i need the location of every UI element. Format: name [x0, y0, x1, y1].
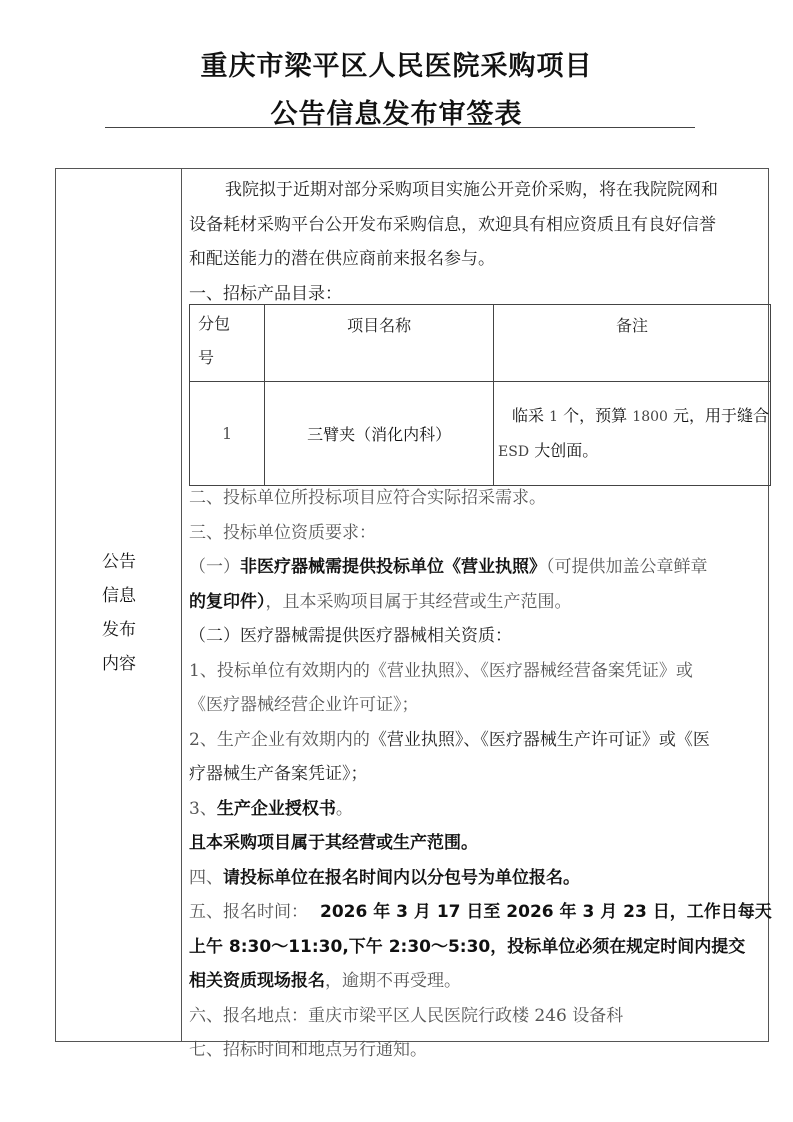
section3-item1: 1、投标单位有效期内的《营业执照》、《医疗器械经营备案凭证》或 [189, 654, 769, 689]
note-budget: 1800 [632, 409, 668, 425]
announcement-content-label: 公告 信息 发布 内容 [56, 545, 182, 681]
approval-form-table: 公告 信息 发布 内容 我院拟于近期对部分采购项目实施公开竞价采购，将在我院院网… [55, 168, 769, 1042]
section5-line3-rest: ，逾期不再受理。 [325, 971, 461, 991]
note-text: 大创面。 [534, 441, 598, 460]
section6-text: 六、报名地点：重庆市梁平区人民医院行政楼 246 设备科 [189, 999, 769, 1034]
section7-text: 七、招标时间和地点另行通知。 [189, 1033, 769, 1068]
label-line: 公告 [56, 545, 182, 579]
requirements-content: 二、投标单位所投标项目应符合实际招采需求。 三、投标单位资质要求： （一）非医疗… [189, 481, 769, 1068]
section3-item1-cont: 《医疗器械经营企业许可证》； [189, 688, 769, 723]
section4: 四、请投标单位在报名时间内以分包号为单位报名。 [189, 861, 769, 896]
section3-item2-cont: 疗器械生产备案凭证》； [189, 757, 769, 792]
note-text: ESD [498, 444, 529, 460]
section3-item3: 3、生产企业授权书。 [189, 792, 769, 827]
section2-text: 二、投标单位所投标项目应符合实际招采需求。 [189, 481, 769, 516]
section3-sub2: （二）医疗器械需提供医疗器械相关资质： [189, 619, 769, 654]
sub1-prefix: （一） [189, 557, 240, 577]
sub1-line2-bold: 的复印件） [189, 592, 266, 612]
section3-sub1-cont: 的复印件），且本采购项目属于其经营或生产范围。 [189, 585, 769, 620]
sub1-line2-rest: ，且本采购项目属于其经营或生产范围。 [266, 592, 572, 612]
cell-package-no: 1 [190, 382, 265, 486]
section5-line3: 相关资质现场报名，逾期不再受理。 [189, 964, 769, 999]
document-title-line2: 公告信息发布审签表 [0, 92, 793, 131]
title-divider [105, 127, 695, 128]
product-table-header: 分包 号 项目名称 备注 [190, 305, 771, 382]
item2-prefix: 2、生产企业有效期内的 [189, 730, 370, 750]
note-qty: 1 [549, 409, 558, 425]
product-table: 分包 号 项目名称 备注 1 三臂夹（消化内科） 临采 1 个，预算 1800 … [189, 304, 771, 486]
item3-bold: 生产企业授权书 [217, 799, 336, 819]
intro-line: 和配送能力的潜在供应商前来报名参与。 [189, 242, 769, 277]
section5-line3-bold: 相关资质现场报名 [189, 971, 325, 991]
section4-prefix: 四、 [189, 868, 223, 888]
intro-line: 我院拟于近期对部分采购项目实施公开竞价采购，将在我院院网和 [189, 173, 769, 208]
item3-end: 。 [336, 799, 353, 819]
scope-line: 且本采购项目属于其经营或生产范围。 [189, 826, 769, 861]
left-label-column: 公告 信息 发布 内容 [56, 169, 182, 1041]
note-text: 临采 [512, 406, 544, 425]
section5-line2: 上午 8:30～11:30,下午 2:30～5:30，投标单位必须在规定时间内提… [189, 930, 769, 965]
document-title-line1: 重庆市梁平区人民医院采购项目 [0, 44, 793, 83]
label-line: 发布 [56, 613, 182, 647]
header-text: 号 [198, 341, 264, 375]
section5-prefix: 五、报名时间： [189, 902, 308, 922]
cell-remarks: 临采 1 个，预算 1800 元，用于缝合 ESD 大创面。 [494, 382, 771, 486]
note-text: 个，预算 [563, 406, 627, 425]
section4-bold: 请投标单位在报名时间内以分包号为单位报名。 [223, 868, 580, 888]
section3-sub1: （一）非医疗器械需提供投标单位《营业执照》（可提供加盖公章鲜章 [189, 550, 769, 585]
sub1-rest: （可提供加盖公章鲜章 [546, 557, 708, 577]
announcement-content: 我院拟于近期对部分采购项目实施公开竞价采购，将在我院院网和 设备耗材采购平台公开… [189, 173, 769, 311]
section5-line1: 五、报名时间：2026 年 3 月 17 日至 2026 年 3 月 23 日，… [189, 895, 769, 930]
header-text: 分包 [198, 307, 264, 341]
cell-project-name: 三臂夹（消化内科） [265, 382, 494, 486]
header-project-name: 项目名称 [265, 305, 494, 382]
label-line: 信息 [56, 579, 182, 613]
section3-item2: 2、生产企业有效期内的《营业执照》、《医疗器械生产许可证》或《医 [189, 723, 769, 758]
header-package-no: 分包 号 [190, 305, 265, 382]
sub1-bold: 非医疗器械需提供投标单位《营业执照》 [240, 557, 546, 577]
note-text: 元，用于缝合 [673, 406, 769, 425]
table-row: 1 三臂夹（消化内科） 临采 1 个，预算 1800 元，用于缝合 ESD 大创… [190, 382, 771, 486]
header-remarks: 备注 [494, 305, 771, 382]
item3-prefix: 3、 [189, 799, 217, 819]
intro-line: 设备耗材采购平台公开发布采购信息，欢迎具有相应资质且有良好信誉 [189, 208, 769, 243]
section5-dates: 2026 年 3 月 17 日至 2026 年 3 月 23 日，工作日每天 [308, 902, 772, 922]
section3-heading: 三、投标单位资质要求： [189, 516, 769, 551]
label-line: 内容 [56, 647, 182, 681]
item2-docs: 《营业执照》、《医疗器械生产许可证》或《医 [370, 730, 710, 750]
